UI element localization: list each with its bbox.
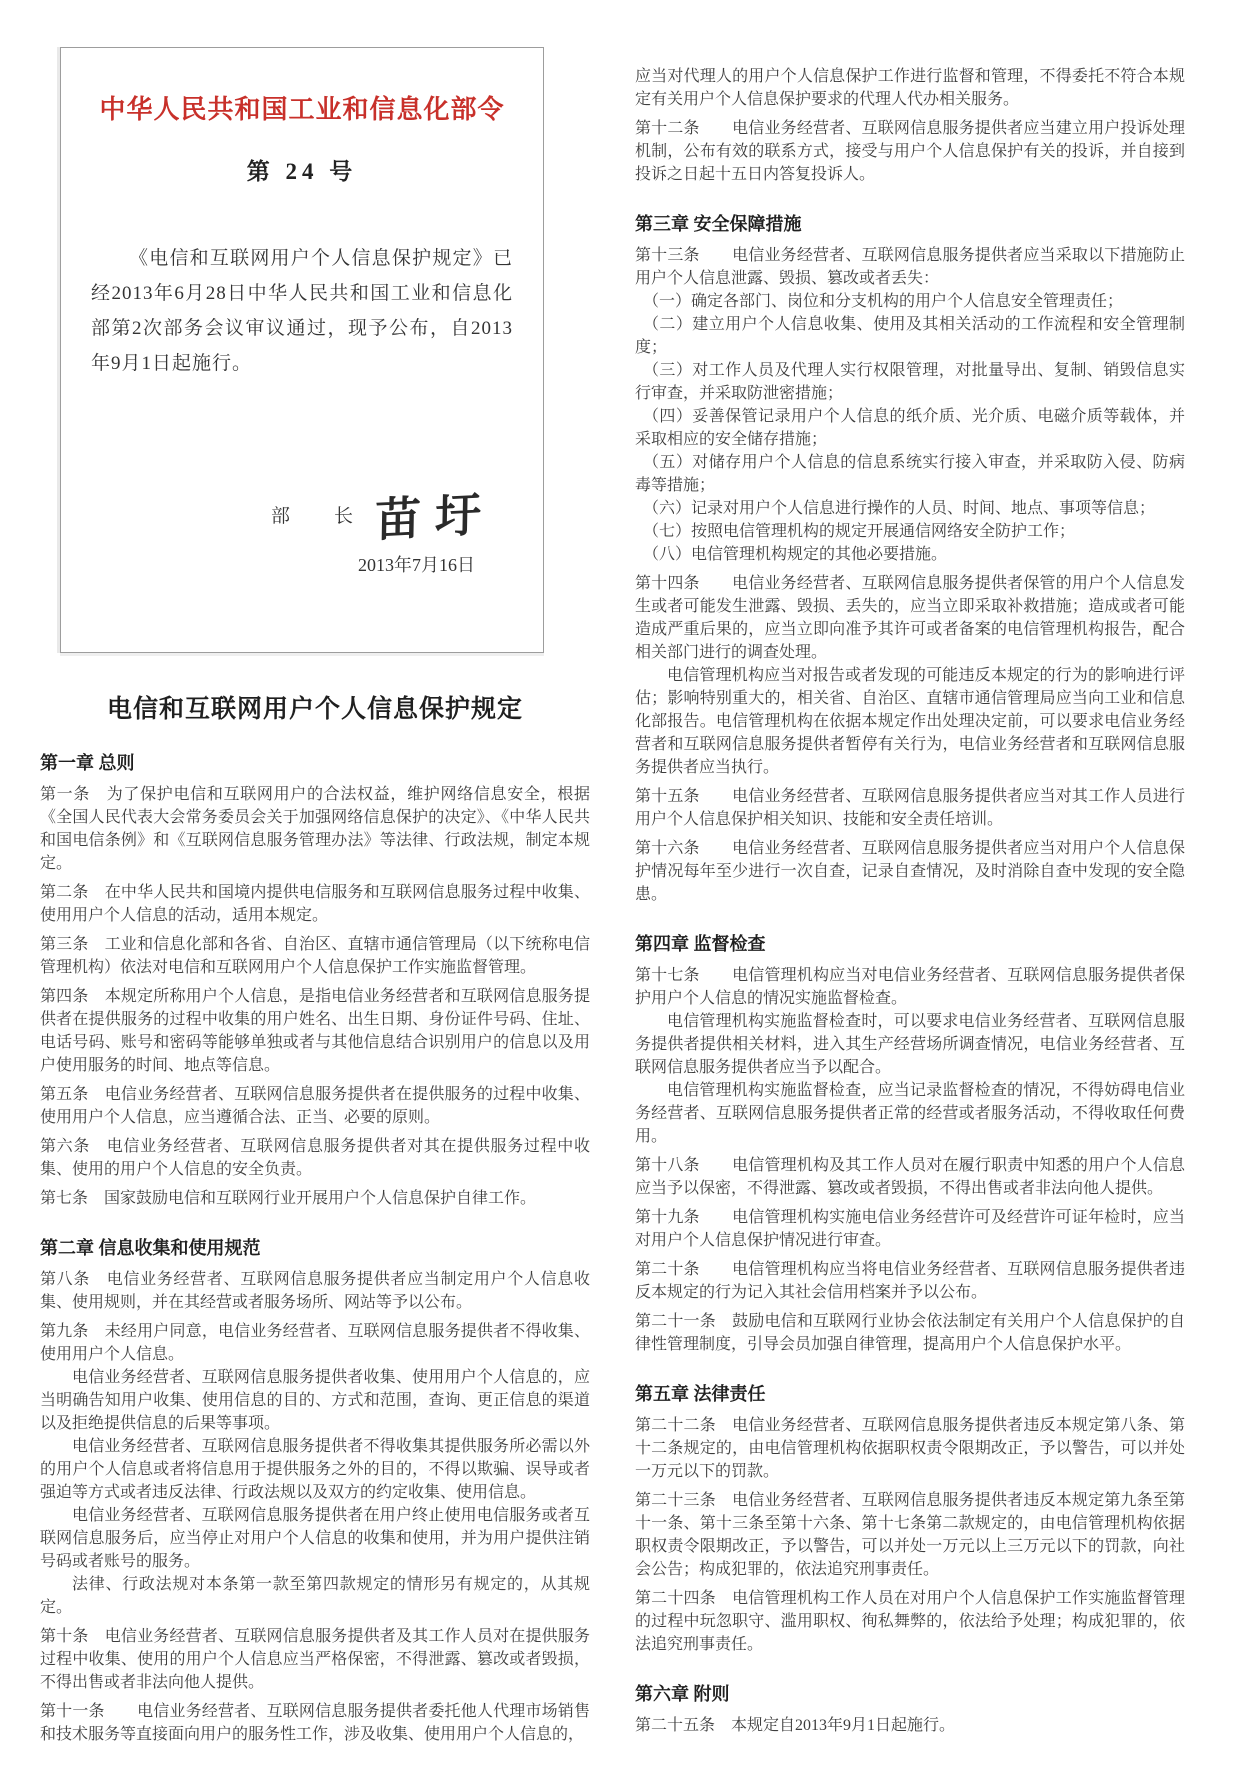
regulation-paragraph: 第二条 在中华人民共和国境内提供电信服务和互联网信息服务过程中收集、使用用户个人… (40, 881, 590, 927)
left-column: 中华人民共和国工业和信息化部令 第 24 号 《电信和互联网用户个人信息保护规定… (40, 40, 590, 1746)
regulation-paragraph: 电信业务经营者、互联网信息服务提供者收集、使用用户个人信息的，应当明确告知用户收… (40, 1366, 590, 1435)
two-column-layout: 中华人民共和国工业和信息化部令 第 24 号 《电信和互联网用户个人信息保护规定… (40, 40, 1242, 1746)
regulation-paragraph: 法律、行政法规对本条第一款至第四款规定的情形另有规定的，从其规定。 (40, 1573, 590, 1619)
order-title: 中华人民共和国工业和信息化部令 (91, 93, 513, 127)
left-column-blocks: 第一章 总则第一条 为了保护电信和互联网用户的合法权益，维护网络信息安全，根据《… (40, 751, 590, 1746)
regulation-paragraph: 第十八条 电信管理机构及其工作人员对在履行职责中知悉的用户个人信息应当予以保密，… (635, 1154, 1185, 1200)
regulation-paragraph: 第三条 工业和信息化部和各省、自治区、直辖市通信管理局（以下统称电信管理机构）依… (40, 933, 590, 979)
regulation-paragraph: 第十四条 电信业务经营者、互联网信息服务提供者保管的用户个人信息发生或者可能发生… (635, 572, 1185, 664)
ministerial-order-box: 中华人民共和国工业和信息化部令 第 24 号 《电信和互联网用户个人信息保护规定… (60, 47, 544, 653)
regulation-paragraph: （七）按照电信管理机构的规定开展通信网络安全防护工作； (635, 520, 1185, 543)
regulation-paragraph: 第六条 电信业务经营者、互联网信息服务提供者对其在提供服务过程中收集、使用的用户… (40, 1135, 590, 1181)
chapter-heading: 第一章 总则 (40, 751, 590, 775)
regulation-paragraph: 第九条 未经用户同意，电信业务经营者、互联网信息服务提供者不得收集、使用用户个人… (40, 1320, 590, 1366)
regulation-paragraph: （三）对工作人员及代理人实行权限管理，对批量导出、复制、销毁信息实行审查，并采取… (635, 359, 1185, 405)
regulation-paragraph: 第二十四条 电信管理机构工作人员在对用户个人信息保护工作实施监督管理的过程中玩忽… (635, 1587, 1185, 1656)
regulation-paragraph: 第七条 国家鼓励电信和互联网行业开展用户个人信息保护自律工作。 (40, 1187, 590, 1210)
regulation-paragraph: （二）建立用户个人信息收集、使用及其相关活动的工作流程和安全管理制度； (635, 313, 1185, 359)
regulation-paragraph: 第二十三条 电信业务经营者、互联网信息服务提供者违反本规定第九条至第十一条、第十… (635, 1489, 1185, 1581)
regulation-paragraph: 电信管理机构实施监督检查，应当记录监督检查的情况，不得妨碍电信业务经营者、互联网… (635, 1079, 1185, 1148)
right-column-blocks: 应当对代理人的用户个人信息保护工作进行监督和管理，不得委托不符合本规定有关用户个… (635, 65, 1185, 1737)
order-body-paragraph: 《电信和互联网用户个人信息保护规定》已经2013年6月28日中华人民共和国工业和… (91, 241, 513, 381)
signature-row: 部 长 苗圩 (91, 481, 513, 547)
minister-label: 部 长 (271, 501, 355, 528)
regulation-title: 电信和互联网用户个人信息保护规定 (40, 689, 590, 725)
regulation-paragraph: 电信业务经营者、互联网信息服务提供者不得收集其提供服务所必需以外的用户个人信息或… (40, 1435, 590, 1504)
regulation-paragraph: 电信业务经营者、互联网信息服务提供者在用户终止使用电信服务或者互联网信息服务后，… (40, 1504, 590, 1573)
document-page: 中华人民共和国工业和信息化部令 第 24 号 《电信和互联网用户个人信息保护规定… (0, 0, 1242, 1775)
regulation-paragraph: 第一条 为了保护电信和互联网用户的合法权益，维护网络信息安全，根据《全国人民代表… (40, 783, 590, 875)
chapter-heading: 第六章 附则 (635, 1682, 1185, 1706)
order-date: 2013年7月16日 (91, 551, 513, 577)
regulation-paragraph: 第十条 电信业务经营者、互联网信息服务提供者及其工作人员对在提供服务过程中收集、… (40, 1625, 590, 1694)
minister-signature: 苗圩 (375, 478, 496, 550)
regulation-paragraph: 应当对代理人的用户个人信息保护工作进行监督和管理，不得委托不符合本规定有关用户个… (635, 65, 1185, 111)
regulation-paragraph: 第十二条 电信业务经营者、互联网信息服务提供者应当建立用户投诉处理机制，公布有效… (635, 117, 1185, 186)
regulation-paragraph: 第二十二条 电信业务经营者、互联网信息服务提供者违反本规定第八条、第十二条规定的… (635, 1414, 1185, 1483)
regulation-paragraph: 第十七条 电信管理机构应当对电信业务经营者、互联网信息服务提供者保护用户个人信息… (635, 964, 1185, 1010)
order-number: 第 24 号 (91, 153, 513, 186)
chapter-heading: 第四章 监督检查 (635, 932, 1185, 956)
regulation-paragraph: 第十一条 电信业务经营者、互联网信息服务提供者委托他人代理市场销售和技术服务等直… (40, 1700, 590, 1746)
right-column: 应当对代理人的用户个人信息保护工作进行监督和管理，不得委托不符合本规定有关用户个… (635, 40, 1185, 1746)
regulation-paragraph: 第二十条 电信管理机构应当将电信业务经营者、互联网信息服务提供者违反本规定的行为… (635, 1258, 1185, 1304)
regulation-paragraph: 第十九条 电信管理机构实施电信业务经营许可及经营许可证年检时，应当对用户个人信息… (635, 1206, 1185, 1252)
chapter-heading: 第三章 安全保障措施 (635, 212, 1185, 236)
regulation-paragraph: 第十六条 电信业务经营者、互联网信息服务提供者应当对用户个人信息保护情况每年至少… (635, 837, 1185, 906)
regulation-paragraph: 第五条 电信业务经营者、互联网信息服务提供者在提供服务的过程中收集、使用用户个人… (40, 1083, 590, 1129)
regulation-paragraph: 第四条 本规定所称用户个人信息，是指电信业务经营者和互联网信息服务提供者在提供服… (40, 985, 590, 1077)
regulation-paragraph: 电信管理机构应当对报告或者发现的可能违反本规定的行为的影响进行评估；影响特别重大… (635, 664, 1185, 779)
regulation-paragraph: （六）记录对用户个人信息进行操作的人员、时间、地点、事项等信息； (635, 497, 1185, 520)
regulation-paragraph: （四）妥善保管记录用户个人信息的纸介质、光介质、电磁介质等载体，并采取相应的安全… (635, 405, 1185, 451)
regulation-paragraph: （八）电信管理机构规定的其他必要措施。 (635, 543, 1185, 566)
regulation-paragraph: 第十三条 电信业务经营者、互联网信息服务提供者应当采取以下措施防止用户个人信息泄… (635, 244, 1185, 290)
regulation-paragraph: （五）对储存用户个人信息的信息系统实行接入审查，并采取防入侵、防病毒等措施； (635, 451, 1185, 497)
regulation-paragraph: 第二十五条 本规定自2013年9月1日起施行。 (635, 1714, 1185, 1737)
chapter-heading: 第二章 信息收集和使用规范 (40, 1236, 590, 1260)
regulation-paragraph: 第十五条 电信业务经营者、互联网信息服务提供者应当对其工作人员进行用户个人信息保… (635, 785, 1185, 831)
regulation-paragraph: 第八条 电信业务经营者、互联网信息服务提供者应当制定用户个人信息收集、使用规则，… (40, 1268, 590, 1314)
regulation-paragraph: 第二十一条 鼓励电信和互联网行业协会依法制定有关用户个人信息保护的自律性管理制度… (635, 1310, 1185, 1356)
regulation-paragraph: 电信管理机构实施监督检查时，可以要求电信业务经营者、互联网信息服务提供者提供相关… (635, 1010, 1185, 1079)
chapter-heading: 第五章 法律责任 (635, 1382, 1185, 1406)
regulation-paragraph: （一）确定各部门、岗位和分支机构的用户个人信息安全管理责任； (635, 290, 1185, 313)
